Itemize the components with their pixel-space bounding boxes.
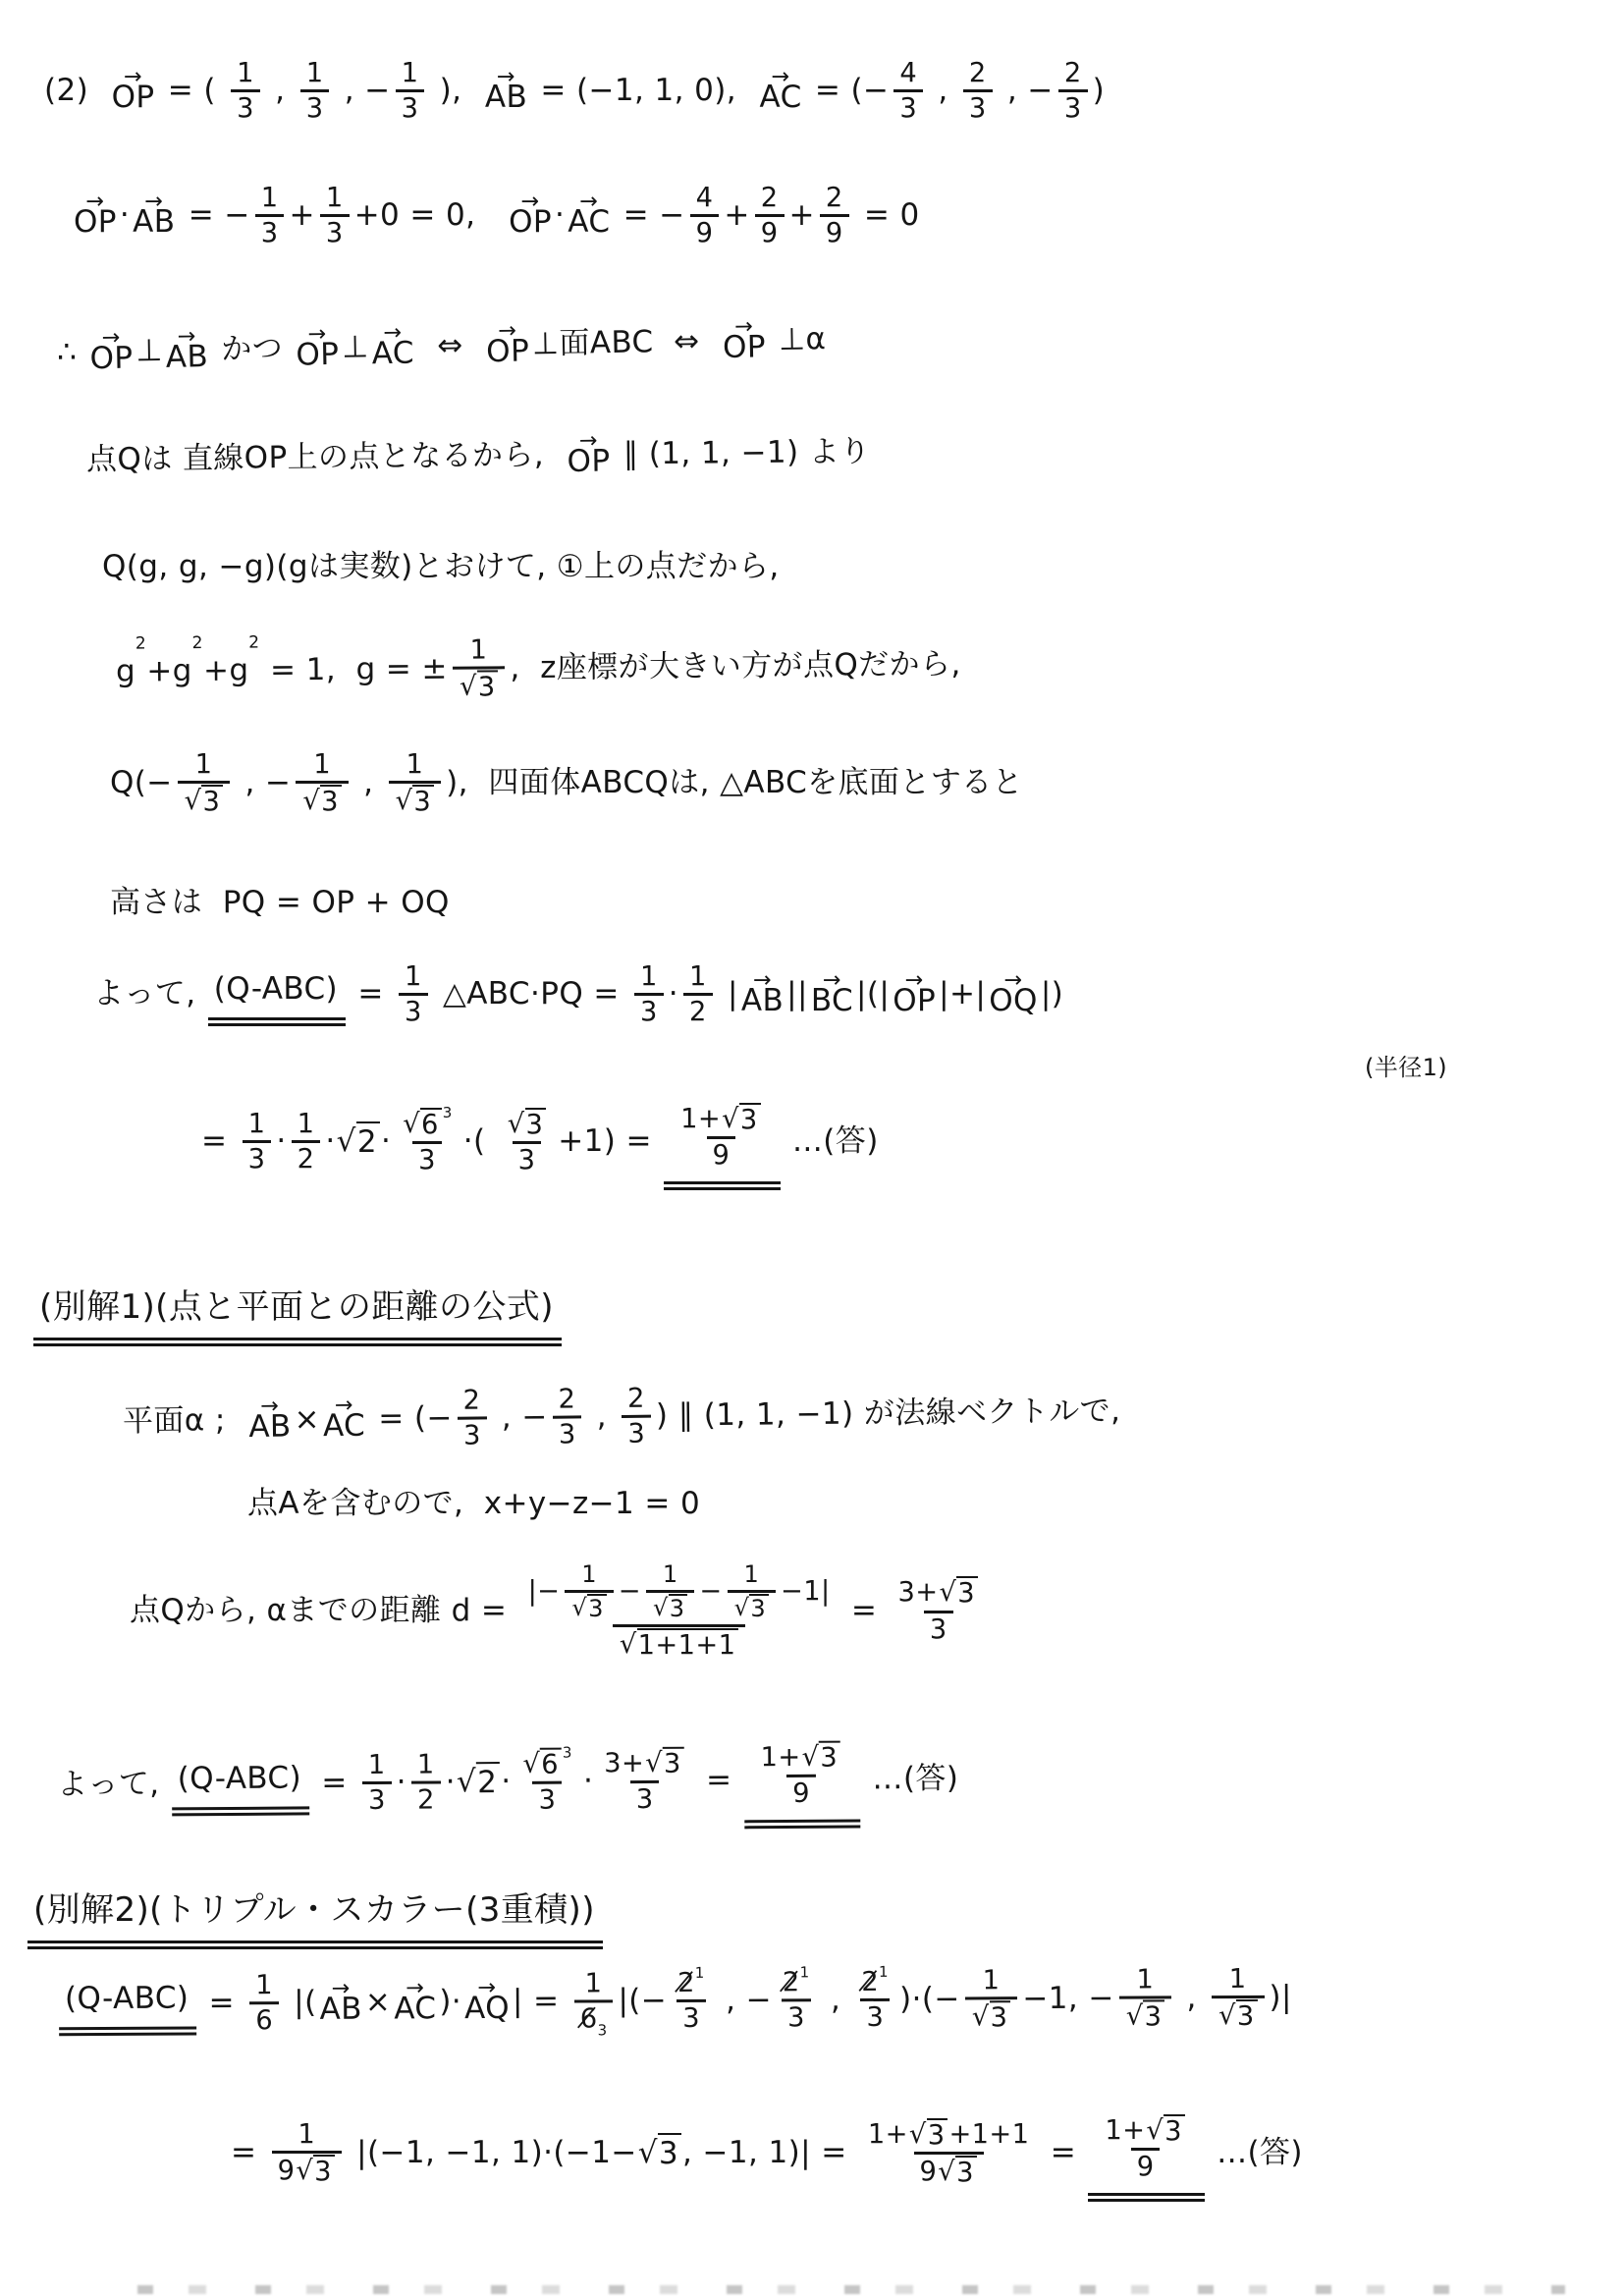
handwritten-text: , z座標が大きい方が点Qだから,	[510, 646, 961, 688]
handwritten-text: 1	[248, 1109, 266, 1139]
handwritten-text: 2	[462, 1386, 480, 1417]
vector-arrow-icon: →	[85, 191, 104, 204]
fraction: 1+√3+1+19√3	[862, 2117, 1036, 2190]
radicand: 3	[412, 785, 434, 817]
handwritten-text: 9	[278, 2156, 296, 2186]
vector-arrow-icon: →	[335, 1394, 353, 1408]
fraction: 2̸13	[672, 1967, 711, 2036]
vector-op: →OP	[74, 193, 117, 238]
radical-icon: √	[337, 1122, 356, 1161]
radicand: 3	[1143, 2000, 1164, 2033]
numerator: 1	[231, 57, 260, 89]
square-root: √6	[403, 1108, 442, 1140]
handwritten-text: , −	[716, 1982, 772, 2020]
fraction: 1+√39	[675, 1102, 768, 1173]
denominator: 3	[860, 1998, 890, 2035]
handwritten-text: ,	[928, 72, 958, 110]
numerator: 1	[396, 57, 425, 89]
fraction: 3+√33	[598, 1746, 691, 1817]
square-root: √3	[1126, 2000, 1165, 2034]
denominator: 3	[532, 1781, 562, 1818]
fraction: 3+√33	[893, 1575, 986, 1646]
numerator: 1+√3	[754, 1740, 847, 1776]
handwritten-text: 6	[255, 2006, 273, 2037]
radical-icon: √	[457, 1764, 476, 1802]
handwritten-text: 1	[982, 1965, 1000, 1995]
numerator: 1	[189, 748, 219, 781]
denominator: 9	[820, 214, 849, 249]
handwritten-text: |	[718, 975, 738, 1013]
handwritten-text: ,	[821, 1982, 851, 2020]
radicand: 3	[477, 671, 499, 704]
handwritten-text: 2	[417, 1785, 435, 1816]
handwritten-text: 1	[663, 1561, 678, 1589]
vector-op: →OP	[89, 329, 134, 374]
fraction: √633	[396, 1107, 458, 1177]
handwritten-text: (2)	[44, 72, 109, 110]
denominator: 9	[690, 214, 720, 249]
fraction: 16̸3	[574, 1967, 614, 2036]
handwritten-text: 1	[368, 1750, 386, 1780]
cross-product-normal-line: 平面α ; →AB×→AC = (−23 , −23 , 23) ∥ (1, 1…	[123, 1378, 1121, 1456]
radicand: 3	[749, 1594, 769, 1623]
handwritten-text: = (−	[805, 72, 890, 110]
fraction: 1√3	[389, 748, 442, 819]
vector-ab: →AB	[248, 1398, 292, 1443]
square-root: √3	[940, 1576, 979, 1609]
denominator: 3	[396, 89, 425, 125]
denominator: 3	[677, 1999, 706, 2036]
numerator: 2	[457, 1384, 486, 1417]
handwritten-text: +	[289, 196, 314, 235]
vector-arrow-icon: →	[579, 191, 598, 204]
numerator: 1	[255, 182, 285, 214]
handwritten-text: 9	[826, 218, 843, 248]
fraction: 29	[755, 182, 785, 250]
numerator: √3	[501, 1107, 554, 1141]
handwritten-text: =	[841, 1592, 888, 1630]
handwritten-text: )	[1093, 72, 1106, 110]
numerator: 1	[399, 960, 428, 993]
radicand: 3	[956, 1576, 978, 1609]
handwritten-text: 1+	[680, 1104, 721, 1134]
handwritten-text: 9	[792, 1778, 810, 1809]
fraction: |−1√3−1√3−1√3−1|√1+1+1	[522, 1559, 837, 1663]
square-root: √6	[522, 1748, 562, 1781]
handwritten-text: 3	[248, 1144, 266, 1175]
denominator: 2	[683, 993, 713, 1028]
fraction: 1√3	[728, 1560, 776, 1623]
handwritten-text: …(答)	[1207, 2134, 1303, 2172]
vector-bc: →BC	[811, 972, 853, 1016]
handwritten-text: ⇔	[416, 326, 483, 365]
handwritten-text: +g	[146, 653, 192, 691]
vector-arrow-icon: →	[260, 1395, 279, 1409]
vector-ab: →AB	[133, 193, 175, 238]
superscript: 2	[248, 632, 259, 653]
handwritten-text: 3+	[604, 1748, 644, 1779]
fraction: 16	[249, 1969, 279, 2038]
square-root: √3	[638, 2133, 681, 2173]
radicand: 3	[201, 785, 223, 817]
double-underline: (Q-ABC)	[59, 1978, 197, 2030]
plane-equation-line: 点Aを含むので, x+y−z−1 = 0	[247, 1485, 700, 1523]
handwritten-text: 1	[417, 1750, 435, 1780]
fraction: 13	[396, 57, 425, 126]
handwritten-text: 1+	[760, 1742, 800, 1774]
fraction: 1+√39	[754, 1740, 847, 1811]
handwritten-text: 2	[826, 183, 843, 213]
denominator: 3	[458, 1417, 487, 1453]
radicand: 3	[663, 1747, 684, 1780]
radicand: 3	[669, 1594, 688, 1623]
handwritten-text: 1	[469, 634, 487, 666]
handwritten-text: ,	[586, 1398, 617, 1437]
handwritten-text: 3	[463, 1421, 481, 1452]
handwritten-text: 4	[899, 58, 917, 88]
handwritten-text: |(−	[618, 1983, 667, 2021]
denominator: √3	[178, 781, 231, 818]
numerator: 1	[463, 633, 493, 667]
square-root: √3	[571, 1594, 606, 1623]
handwritten-text: 2	[689, 997, 707, 1027]
handwritten-text: ⊥α	[769, 320, 827, 359]
square-root: √3	[1218, 1999, 1258, 2033]
radical-icon: √	[1218, 2000, 1236, 2031]
denominator: 3	[300, 89, 330, 125]
handwritten-text: 2̸	[861, 1967, 879, 1997]
handwritten-text: ⊥	[342, 328, 369, 366]
given-vectors-line: (2) →OP = ( 13 , 13 , −13 ), →AB = (−1, …	[44, 57, 1105, 126]
square-root: √3	[1146, 2114, 1185, 2147]
fraction: 23	[457, 1384, 486, 1452]
radicand: 3	[658, 2133, 681, 2173]
vector-ab: →AB	[319, 1981, 362, 2025]
fraction: 13	[362, 1749, 392, 1818]
perpendicular-conclusion-line: ∴ →OP⊥→AB かつ →OP⊥→AC ⇔ →OP⊥面ABC ⇔ →OP ⊥α	[57, 317, 827, 374]
numerator: 2̸1	[777, 1966, 816, 1999]
handwritten-text: ·	[397, 1764, 407, 1802]
radical-icon: √	[522, 1749, 540, 1779]
handwritten-text: , −	[235, 764, 291, 802]
numerator: 2	[552, 1383, 581, 1416]
scan-artifact	[137, 2285, 1565, 2294]
fraction: 12	[292, 1108, 321, 1176]
radical-icon: √	[1126, 2001, 1144, 2032]
denominator: 9	[1131, 2148, 1161, 2183]
alt-solution-2-heading: (別解2)(トリプル・スカラー(3重積))	[26, 1887, 605, 1943]
square-root: √3	[972, 2001, 1011, 2035]
handwritten-text: ,	[1176, 1980, 1207, 2018]
denominator: 3	[231, 89, 260, 125]
radical-icon: √	[645, 1748, 663, 1778]
handwritten-text: (半径1)	[1365, 1053, 1447, 1082]
handwritten-text: ) ∥ (1, 1, −1) が法線ベクトルで,	[656, 1393, 1121, 1436]
square-root: √3	[734, 1594, 769, 1623]
handwritten-text: ×	[365, 1984, 392, 2022]
denominator: √3	[965, 1997, 1018, 2036]
handwritten-text: 2	[627, 1384, 645, 1415]
vector-oq: →OQ	[989, 972, 1038, 1016]
numerator: 1	[292, 2118, 321, 2151]
denominator: 3	[1058, 89, 1088, 125]
numerator: 2	[820, 182, 849, 214]
denominator: √3	[728, 1590, 776, 1624]
denominator: 3	[412, 1141, 442, 1176]
fraction: 1√3	[646, 1560, 694, 1623]
handwritten-text: , −1, 1)| =	[682, 2134, 857, 2172]
handwritten-text: 3	[261, 218, 279, 248]
handwritten-text: 3	[306, 93, 324, 124]
square-root: √2	[337, 1121, 380, 1162]
handwritten-text: 3	[1064, 93, 1082, 124]
handwritten-text: 3	[368, 1785, 386, 1816]
handwritten-text: ·	[276, 1122, 286, 1161]
vector-arrow-icon: →	[497, 66, 515, 80]
handwritten-text: 1+	[868, 2119, 908, 2150]
handwritten-text: |(|	[856, 975, 890, 1013]
handwritten-text: 9	[920, 2157, 938, 2187]
radical-icon: √	[734, 1595, 750, 1622]
superscript: 3	[563, 1745, 572, 1762]
handwritten-text: =	[311, 1765, 357, 1803]
denominator: 3	[243, 1140, 272, 1175]
fraction: 19√3	[272, 2118, 342, 2189]
handwritten-text: =	[696, 1762, 742, 1800]
handwritten-text: 1	[313, 749, 331, 780]
vector-arrow-icon: →	[823, 969, 841, 983]
denominator: 2	[292, 1140, 321, 1175]
handwritten-text: 2̸	[783, 1967, 800, 1997]
numerator: 1	[401, 748, 430, 781]
vector-ab: →AB	[485, 69, 527, 113]
handwritten-text: , −	[998, 72, 1054, 110]
fraction: 1√3	[965, 1964, 1018, 2035]
denominator: 9√3	[914, 2152, 984, 2189]
numerator: 1	[657, 1560, 684, 1590]
denominator: √3	[565, 1590, 613, 1624]
square-root: √3	[185, 785, 224, 817]
handwritten-text: = 0	[854, 196, 920, 235]
handwritten-text: = (	[158, 72, 227, 110]
radicand: 3	[1236, 1999, 1258, 2032]
handwritten-text: ·	[555, 196, 565, 235]
handwritten-text: ·	[325, 1122, 335, 1161]
radical-icon: √	[403, 1109, 420, 1139]
alt-solution-1-heading: (別解1)(点と平面との距離の公式)	[31, 1285, 564, 1340]
denominator: √3	[453, 667, 506, 705]
numerator: 1	[300, 57, 330, 89]
handwritten-text: (Q-ABC)	[214, 970, 338, 1009]
handwritten-text: …(答)	[783, 1122, 879, 1161]
square-root: √3	[801, 1741, 840, 1775]
numerator: 1	[683, 960, 713, 993]
denominator: 3	[634, 993, 664, 1028]
handwritten-text: 2	[298, 1144, 315, 1175]
fraction: 12	[683, 960, 713, 1029]
fraction: 43	[893, 57, 923, 126]
handwritten-text: +g	[203, 652, 249, 690]
superscript: 2	[191, 633, 202, 654]
denominator: 9	[755, 214, 785, 249]
radical-icon: √	[508, 1109, 525, 1139]
superscript: 1	[879, 1964, 889, 1981]
numerator: 1	[634, 960, 664, 993]
handwritten-text: (別解2)(トリプル・スカラー(3重積))	[33, 1889, 595, 1932]
denominator: 3	[893, 89, 923, 125]
radical-icon: √	[185, 786, 202, 816]
radicand: 3	[587, 1594, 607, 1623]
vector-ac: →AC	[371, 324, 414, 369]
square-root: √3	[645, 1747, 684, 1780]
handwritten-text: 平面α ;	[123, 1401, 246, 1441]
fraction: 2̸13	[777, 1966, 816, 2035]
denominator: 9	[707, 1136, 736, 1172]
numerator: √63	[396, 1107, 458, 1141]
vector-arrow-icon: →	[521, 191, 540, 204]
handwritten-text: 9	[761, 218, 779, 248]
handwritten-text: 高さは PQ = OP + OQ	[110, 884, 450, 922]
handwritten-text: =	[201, 1122, 238, 1161]
handwritten-text: よって,	[93, 975, 206, 1013]
denominator: √3	[646, 1590, 694, 1624]
subscript: 3	[598, 2023, 608, 2040]
handwritten-text: (Q-ABC)	[178, 1760, 302, 1799]
fraction: 13	[399, 960, 428, 1029]
handwritten-text: ∴	[57, 333, 87, 371]
handwritten-text: ·	[669, 975, 678, 1013]
denominator: 3	[513, 1141, 542, 1176]
vector-arrow-icon: →	[307, 323, 326, 337]
square-root: √3	[909, 2118, 948, 2151]
radicand: 1+1+1	[637, 1628, 739, 1661]
denominator: 9	[786, 1775, 816, 1811]
handwritten-text: 3+	[898, 1577, 939, 1608]
handwritten-text: ⊥面ABC ⇔	[532, 322, 721, 363]
radicand: 3	[990, 2001, 1011, 2034]
numerator: 1+√3	[1099, 2113, 1192, 2148]
handwritten-text: 1	[1136, 1964, 1154, 1995]
handwritten-text: 1	[640, 961, 658, 992]
numerator: 1	[578, 1967, 608, 2000]
denominator: √3	[1212, 1995, 1265, 2034]
denominator: 3	[963, 89, 993, 125]
superscript: 1	[800, 1964, 810, 1981]
handwritten-text: △ABC·PQ =	[433, 975, 629, 1013]
denominator: 3	[924, 1611, 953, 1646]
numerator: 4	[690, 182, 720, 214]
handwritten-text: 2	[558, 1384, 575, 1415]
vector-aq: →AQ	[464, 1980, 510, 2024]
handwritten-text: ), 四面体ABCQは, △ABCを底面とすると	[446, 764, 1023, 802]
handwritten-text: …(答)	[862, 1760, 958, 1798]
handwritten-text: |+|	[939, 975, 986, 1013]
vector-op: →OP	[486, 322, 530, 367]
fraction: 1√3	[296, 748, 349, 819]
numerator: 3+√3	[893, 1575, 986, 1610]
vector-arrow-icon: →	[772, 66, 790, 80]
handwritten-text: 1	[584, 1968, 602, 1998]
fraction: 13	[300, 57, 330, 126]
fraction: 23	[552, 1383, 581, 1451]
handwritten-text: 点Qから, αまでの距離 d =	[130, 1592, 517, 1630]
handwritten-text: ·	[381, 1122, 391, 1161]
numerator: 1	[243, 1108, 272, 1140]
handwritten-text: +1) =	[558, 1122, 662, 1161]
numerator: 2	[963, 57, 993, 89]
radicand: 3	[320, 785, 342, 817]
fraction: 1√3	[565, 1560, 613, 1623]
numerator: 1	[1130, 1963, 1160, 1996]
radical-icon: √	[571, 1595, 587, 1622]
handwritten-text: =	[348, 975, 394, 1013]
handwritten-text: かつ	[211, 330, 294, 369]
numerator: 2̸1	[855, 1966, 894, 1999]
radius-note: (半径1)	[1365, 1053, 1447, 1082]
double-underline: (Q-ABC)	[172, 1758, 310, 1811]
superscript: 1	[695, 1965, 705, 1982]
handwritten-text: ×	[294, 1401, 320, 1440]
double-underline: (Q-ABC)	[208, 968, 346, 1020]
vector-op: →OP	[723, 318, 767, 363]
handwritten-text: 1	[298, 2119, 315, 2150]
denominator: 6̸3	[574, 2000, 614, 2037]
fraction: 23	[963, 57, 993, 126]
radical-icon: √	[938, 2157, 955, 2187]
vector-arrow-icon: →	[579, 430, 598, 444]
numerator: 1	[976, 1964, 1005, 1997]
fraction: 1√3	[1118, 1963, 1171, 2034]
denominator: 3	[320, 214, 350, 249]
double-underline: 1+√39	[664, 1100, 781, 1184]
triple-scalar-line: (Q-ABC) = 16 |(→AB×→AC)·→AQ| = 16̸3|(−2̸…	[57, 1963, 1292, 2040]
numerator: 1	[307, 748, 337, 781]
double-underline: (別解1)(点と平面との距離の公式)	[33, 1285, 562, 1340]
numerator: 3+√3	[598, 1746, 691, 1781]
radicand: 6	[420, 1108, 442, 1140]
numerator: 1+√3	[675, 1102, 768, 1136]
radical-icon: √	[638, 2134, 658, 2172]
fraction: 13	[320, 182, 350, 250]
vector-arrow-icon: →	[1003, 969, 1022, 983]
vector-arrow-icon: →	[332, 1978, 351, 1992]
numerator: 2	[755, 182, 785, 214]
radicand: 3	[313, 2155, 335, 2187]
radicand: 3	[927, 2118, 948, 2151]
solve-g-line: g2+g2+g2 = 1, g = ±1√3, z座標が大きい方が点Qだから,	[116, 629, 961, 707]
handwritten-text: 2	[969, 58, 987, 88]
handwritten-text: 3	[237, 93, 254, 124]
handwritten-text: 1	[689, 961, 707, 992]
volume-answer-line: = 13·12·√2·√633·( √33+1) = 1+√39 …(答)	[201, 1100, 879, 1184]
height-line: 高さは PQ = OP + OQ	[110, 884, 450, 922]
handwritten-text: g	[116, 653, 135, 691]
fraction: 12	[411, 1748, 441, 1817]
square-root: √2	[457, 1763, 501, 1803]
fraction: 29	[820, 182, 849, 250]
vector-ac: →AC	[760, 69, 802, 113]
triple-scalar-answer-line: = 19√3 |(−1, −1, 1)·(−1−√3, −1, 1)| = 1+…	[231, 2111, 1303, 2196]
handwritten-text: )·	[439, 1984, 461, 2022]
handwritten-text: 1	[237, 58, 254, 88]
handwritten-text: )|	[1269, 1979, 1292, 2017]
numerator: 1	[575, 1560, 603, 1590]
handwritten-text: 1	[405, 961, 422, 992]
handwritten-text: +1+1	[948, 2119, 1029, 2150]
numerator: 4	[893, 57, 923, 89]
fraction: 2̸13	[855, 1966, 894, 2035]
square-root: √3	[508, 1108, 547, 1140]
